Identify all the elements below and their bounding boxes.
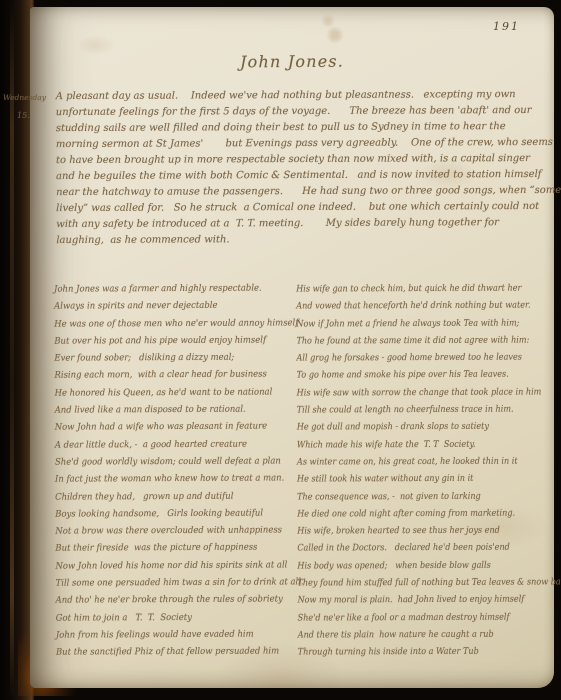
poem-line: Always in spirits and never dejectable: [54, 298, 283, 316]
poem-line: And lived like a man disposed to be rati…: [55, 402, 284, 420]
poem-line: Tho he found at the same time it did not…: [296, 332, 526, 350]
poem-line: They found him stuffed full of nothing b…: [297, 575, 527, 593]
poem-line: Boys looking handsome, Girls looking bea…: [55, 505, 284, 523]
poem-line: Rising each morn, with a clear head for …: [54, 367, 283, 385]
poem-line: Till she could at length no cheerfulness…: [297, 402, 527, 420]
poem-line: He died one cold night after coming from…: [297, 505, 527, 523]
poem-line: The consequence was, - not given to lark…: [297, 488, 527, 506]
poem-line: John Jones was a farmer and highly respe…: [54, 280, 283, 298]
poem-column-right: His wife gan to check him, but quick he …: [296, 280, 553, 662]
margin-date: 15.: [17, 111, 30, 120]
book-spine-edge: [10, 0, 14, 700]
margin-day: Wednesday: [3, 93, 46, 102]
poem-line: To go home and smoke his pipe over his T…: [297, 367, 527, 385]
poem-line: Children they had, grown up and dutiful: [55, 488, 284, 506]
manuscript-page: 191 John Jones. Wednesday 15. A pleasant…: [30, 7, 554, 688]
poem-line: Ever found sober; disliking a dizzy meal…: [54, 350, 283, 368]
poem-line: A dear little duck, - a good hearted cre…: [55, 436, 284, 454]
poem-line: His wife, broken hearted to see thus her…: [297, 523, 527, 541]
poem-line: His body was opened; when beside blow ga…: [297, 557, 527, 575]
poem-line: He still took his water without any gin …: [297, 471, 527, 489]
poem-line: He was one of those men who ne'er would …: [54, 315, 283, 333]
journal-line: with any safety be introduced at a T. T.…: [56, 215, 548, 233]
poem-line: Which made his wife hate the T. T Societ…: [297, 436, 527, 454]
poem-line: Called in the Doctors. declared he'd bee…: [297, 540, 527, 558]
poem-line: His wife gan to check him, but quick he …: [296, 281, 526, 299]
poem-line: His wife saw with sorrow the change that…: [297, 384, 527, 402]
poem-line: But the sanctified Phiz of that fellow p…: [56, 644, 285, 662]
journal-entry: A pleasant day as usual. Indeed we've ha…: [56, 87, 549, 249]
poem-line: As winter came on, his great coat, he lo…: [297, 454, 527, 472]
poem-line: But over his pot and his pipe would enjo…: [54, 332, 283, 350]
poem-line: Through turning his inside into a Water …: [298, 644, 528, 662]
poem-line: She'd ne'er like a fool or a madman dest…: [298, 609, 528, 627]
poem-line: Got him to join a T. T. Society: [56, 609, 285, 627]
poem-line: Till some one persuaded him twas a sin f…: [56, 574, 285, 592]
poem-line: He honored his Queen, as he'd want to be…: [55, 384, 284, 402]
book-spine: [0, 0, 34, 700]
poem-line: And there tis plain how nature he caught…: [298, 626, 528, 644]
poem-line: But their fireside was the picture of ha…: [55, 540, 284, 558]
poem-column-left: John Jones was a farmer and highly respe…: [54, 280, 299, 662]
poem-line: Not a brow was there overclouded with un…: [55, 523, 284, 541]
manuscript-photo: 191 John Jones. Wednesday 15. A pleasant…: [0, 0, 561, 700]
page-number: 191: [493, 20, 543, 33]
poem-line: Now John had a wife who was pleasant in …: [55, 419, 284, 437]
poem-line: And tho' he ne'er broke through the rule…: [56, 592, 285, 610]
poem-line: He got dull and mopish - drank slops to …: [297, 419, 527, 437]
poem-line: She'd good worldly wisdom; could well de…: [55, 453, 284, 471]
journal-line: laughing, as he commenced with.: [56, 231, 548, 249]
poem-line: In fact just the woman who knew how to t…: [55, 471, 284, 489]
entry-title: John Jones.: [30, 50, 554, 73]
poem-line: And vowed that henceforth he'd drink not…: [296, 298, 526, 316]
poem-line: Now John loved his home nor did his spir…: [55, 557, 284, 575]
poem-line: All grog he forsakes - good home brewed …: [296, 350, 526, 368]
poem-line: Now my moral is plain. had John lived to…: [298, 592, 528, 610]
poem-line: Now if John met a friend he always took …: [296, 315, 526, 333]
poem-line: John from his feelings would have evaded…: [56, 626, 285, 644]
